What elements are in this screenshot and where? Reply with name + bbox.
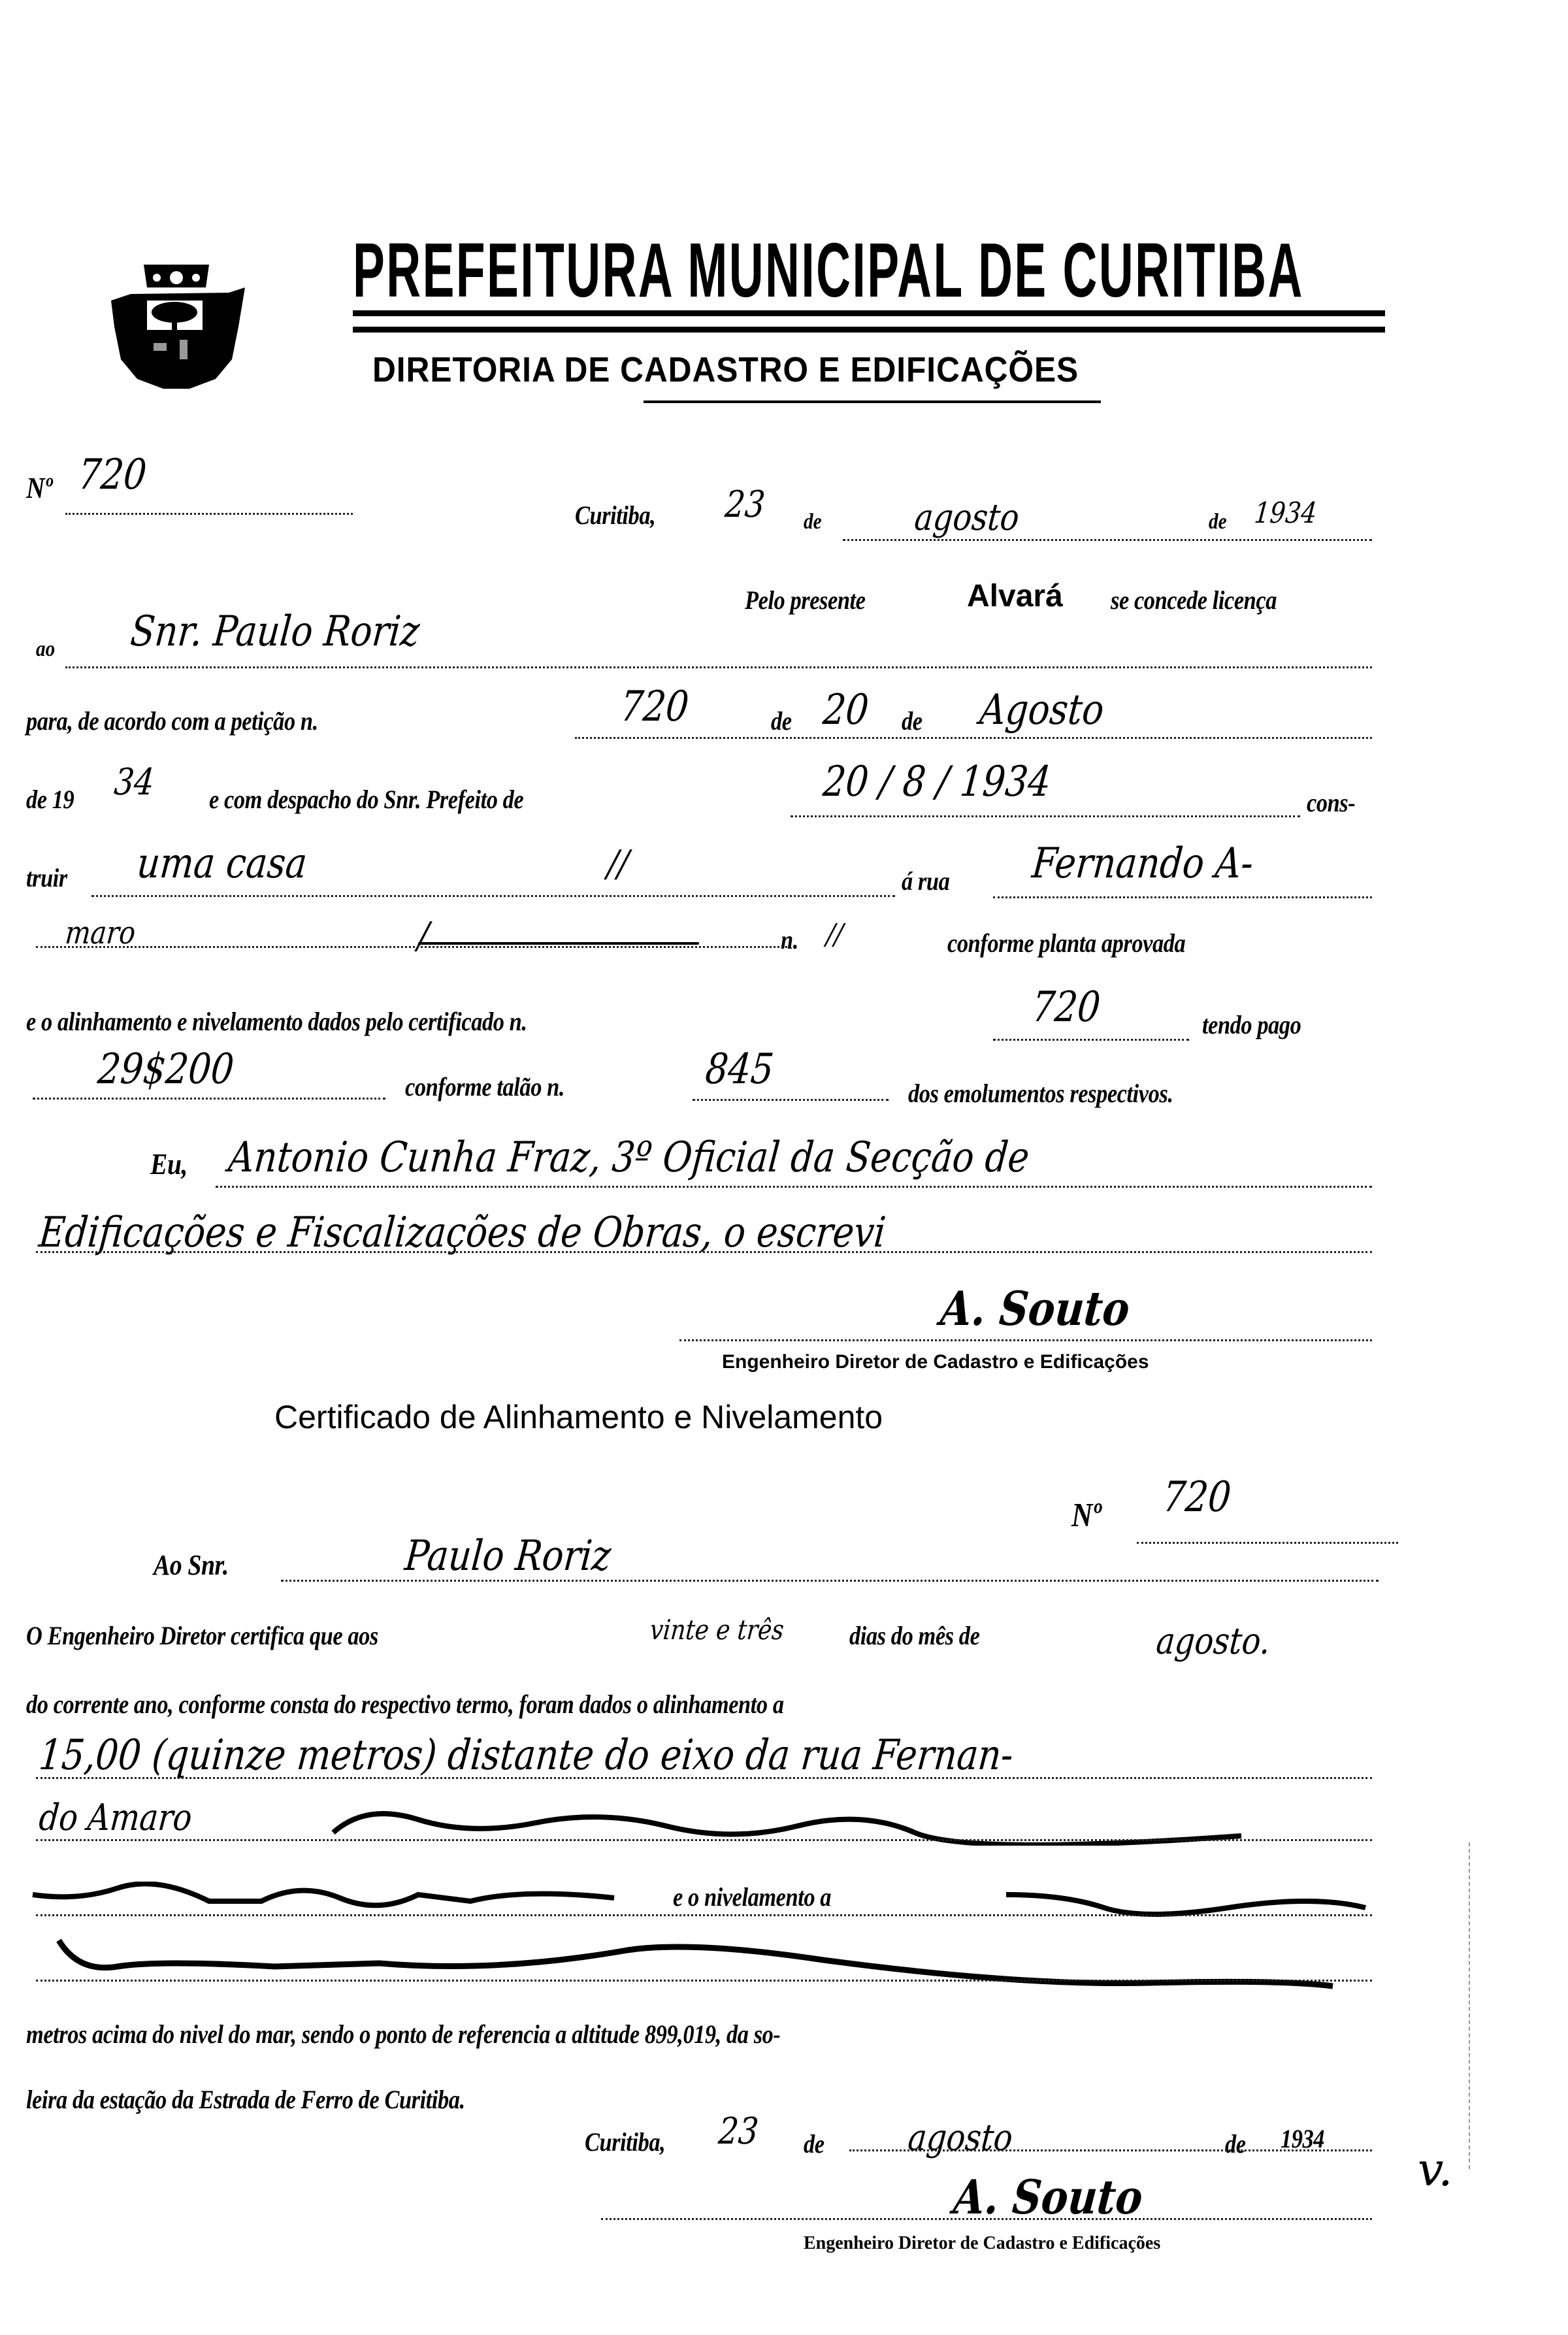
petition-text: para, de acordo com a petição n.: [26, 706, 318, 736]
to-label: ao: [36, 637, 55, 662]
intro-text: Pelo presente: [745, 585, 866, 615]
nivelamento-text: e o nivelamento a: [673, 1882, 831, 1912]
cert-line-soleira: leira da estação da Estrada de Ferro de …: [26, 2084, 465, 2115]
cert-date-day: 23: [717, 2110, 760, 2153]
street-label: á rua: [902, 866, 949, 896]
cert-alignment-2: do Amaro: [37, 1797, 193, 1839]
cons-text: cons-: [1307, 787, 1355, 818]
cert-recipient: Paulo Roriz: [403, 1532, 613, 1580]
de-label: de: [771, 706, 792, 736]
cert-place-label: Curitiba,: [585, 2127, 665, 2157]
date-day: 23: [723, 483, 766, 526]
alvara-number: 720: [76, 451, 148, 499]
alvara-word: Alvará: [967, 578, 1063, 614]
cert-to-label: Ao Snr.: [154, 1548, 229, 1582]
page-title: PREFEITURA MUNICIPAL DE CURITIBA: [353, 232, 1304, 309]
margin-check-mark: v.: [1418, 2143, 1453, 2196]
construction-type: uma casa: [135, 840, 309, 888]
cert-line-1b: dias do mês de: [849, 1620, 979, 1651]
number-label: Nº: [26, 470, 52, 505]
date-month: agosto: [913, 497, 1021, 539]
cancel-stroke: [39, 1934, 1346, 1993]
de-label: de: [1225, 2129, 1246, 2159]
cert-month: agosto.: [1154, 1620, 1272, 1663]
petition-month: Agosto: [978, 686, 1106, 734]
cert-director-signature: A. Souto: [951, 2169, 1145, 2225]
clerk-text-2: Edificações e Fiscalizações de Obras, o …: [37, 1209, 888, 1257]
cert-line-2: do corrente ano, conforme consta do resp…: [26, 1689, 784, 1720]
talao-number: 845: [704, 1045, 776, 1094]
intro-end-text: se concede licença: [1111, 585, 1277, 615]
cert-line-metros: metros acima do nivel do mar, sendo o po…: [26, 2019, 780, 2049]
certificate-number: 720: [1030, 983, 1102, 1032]
petition-day: 20: [821, 686, 871, 734]
signature-role: Engenheiro Diretor de Cadastro e Edifica…: [722, 1351, 1149, 1373]
coat-of-arms-icon: [98, 248, 255, 405]
de-label: de: [804, 510, 822, 534]
place-label: Curitiba,: [575, 500, 655, 531]
alinhamento-text: e o alinhamento e nivelamento dados pelo…: [26, 1006, 527, 1037]
de-label: de: [902, 706, 923, 736]
amount-paid: 29$200: [96, 1045, 236, 1094]
cert-alignment: 15,00 (quinze metros) distante do eixo d…: [37, 1731, 1015, 1780]
year-label: de 19: [26, 784, 74, 815]
conforme-talao-text: conforme talão n.: [405, 1071, 564, 1102]
truir-text: truir: [26, 862, 67, 893]
cert-number-label: Nº: [1071, 1496, 1101, 1535]
street-name: Fernando A-: [1030, 840, 1256, 888]
n-value: //: [825, 918, 845, 951]
de-label: de: [1209, 510, 1227, 534]
tendo-pago-text: tendo pago: [1202, 1009, 1301, 1040]
director-signature: A. Souto: [938, 1281, 1132, 1336]
n-label: n.: [781, 924, 798, 955]
despacho-text: e com despacho do Snr. Prefeito de: [209, 784, 523, 815]
petition-number: 720: [619, 683, 691, 731]
cert-signature-role: Engenheiro Diretor de Cadastro e Edifica…: [804, 2233, 1160, 2254]
eu-label: Eu,: [150, 1147, 188, 1181]
cert-number: 720: [1161, 1473, 1233, 1522]
despacho-date: 20 / 8 / 1934: [821, 758, 1053, 806]
petition-year: 34: [112, 761, 155, 804]
clerk-text: Antonio Cunha Fraz, 3º Oficial da Secção…: [227, 1134, 1032, 1182]
recipient-name: Snr. Paulo Roriz: [129, 608, 421, 656]
conforme-planta-text: conforme planta aprovada: [947, 928, 1185, 958]
date-year: 1934: [1253, 497, 1318, 530]
cert-day-words: vinte e três: [649, 1614, 785, 1646]
page-subtitle: DIRETORIA DE CADASTRO E EDIFICAÇÕES: [372, 350, 1079, 390]
certificate-title: Certificado de Alinhamento e Nivelamento: [274, 1398, 883, 1436]
cert-date-month: agosto: [906, 2117, 1015, 2159]
header-rule: [353, 327, 1385, 333]
header-rule: [644, 400, 1101, 403]
page-edge: [1469, 1842, 1470, 2169]
header-rule: [353, 310, 1385, 316]
emolumentos-text: dos emolumentos respectivos.: [908, 1078, 1173, 1109]
cert-line-1: O Engenheiro Diretor certifica que aos: [26, 1620, 378, 1651]
de-label: de: [804, 2129, 825, 2159]
